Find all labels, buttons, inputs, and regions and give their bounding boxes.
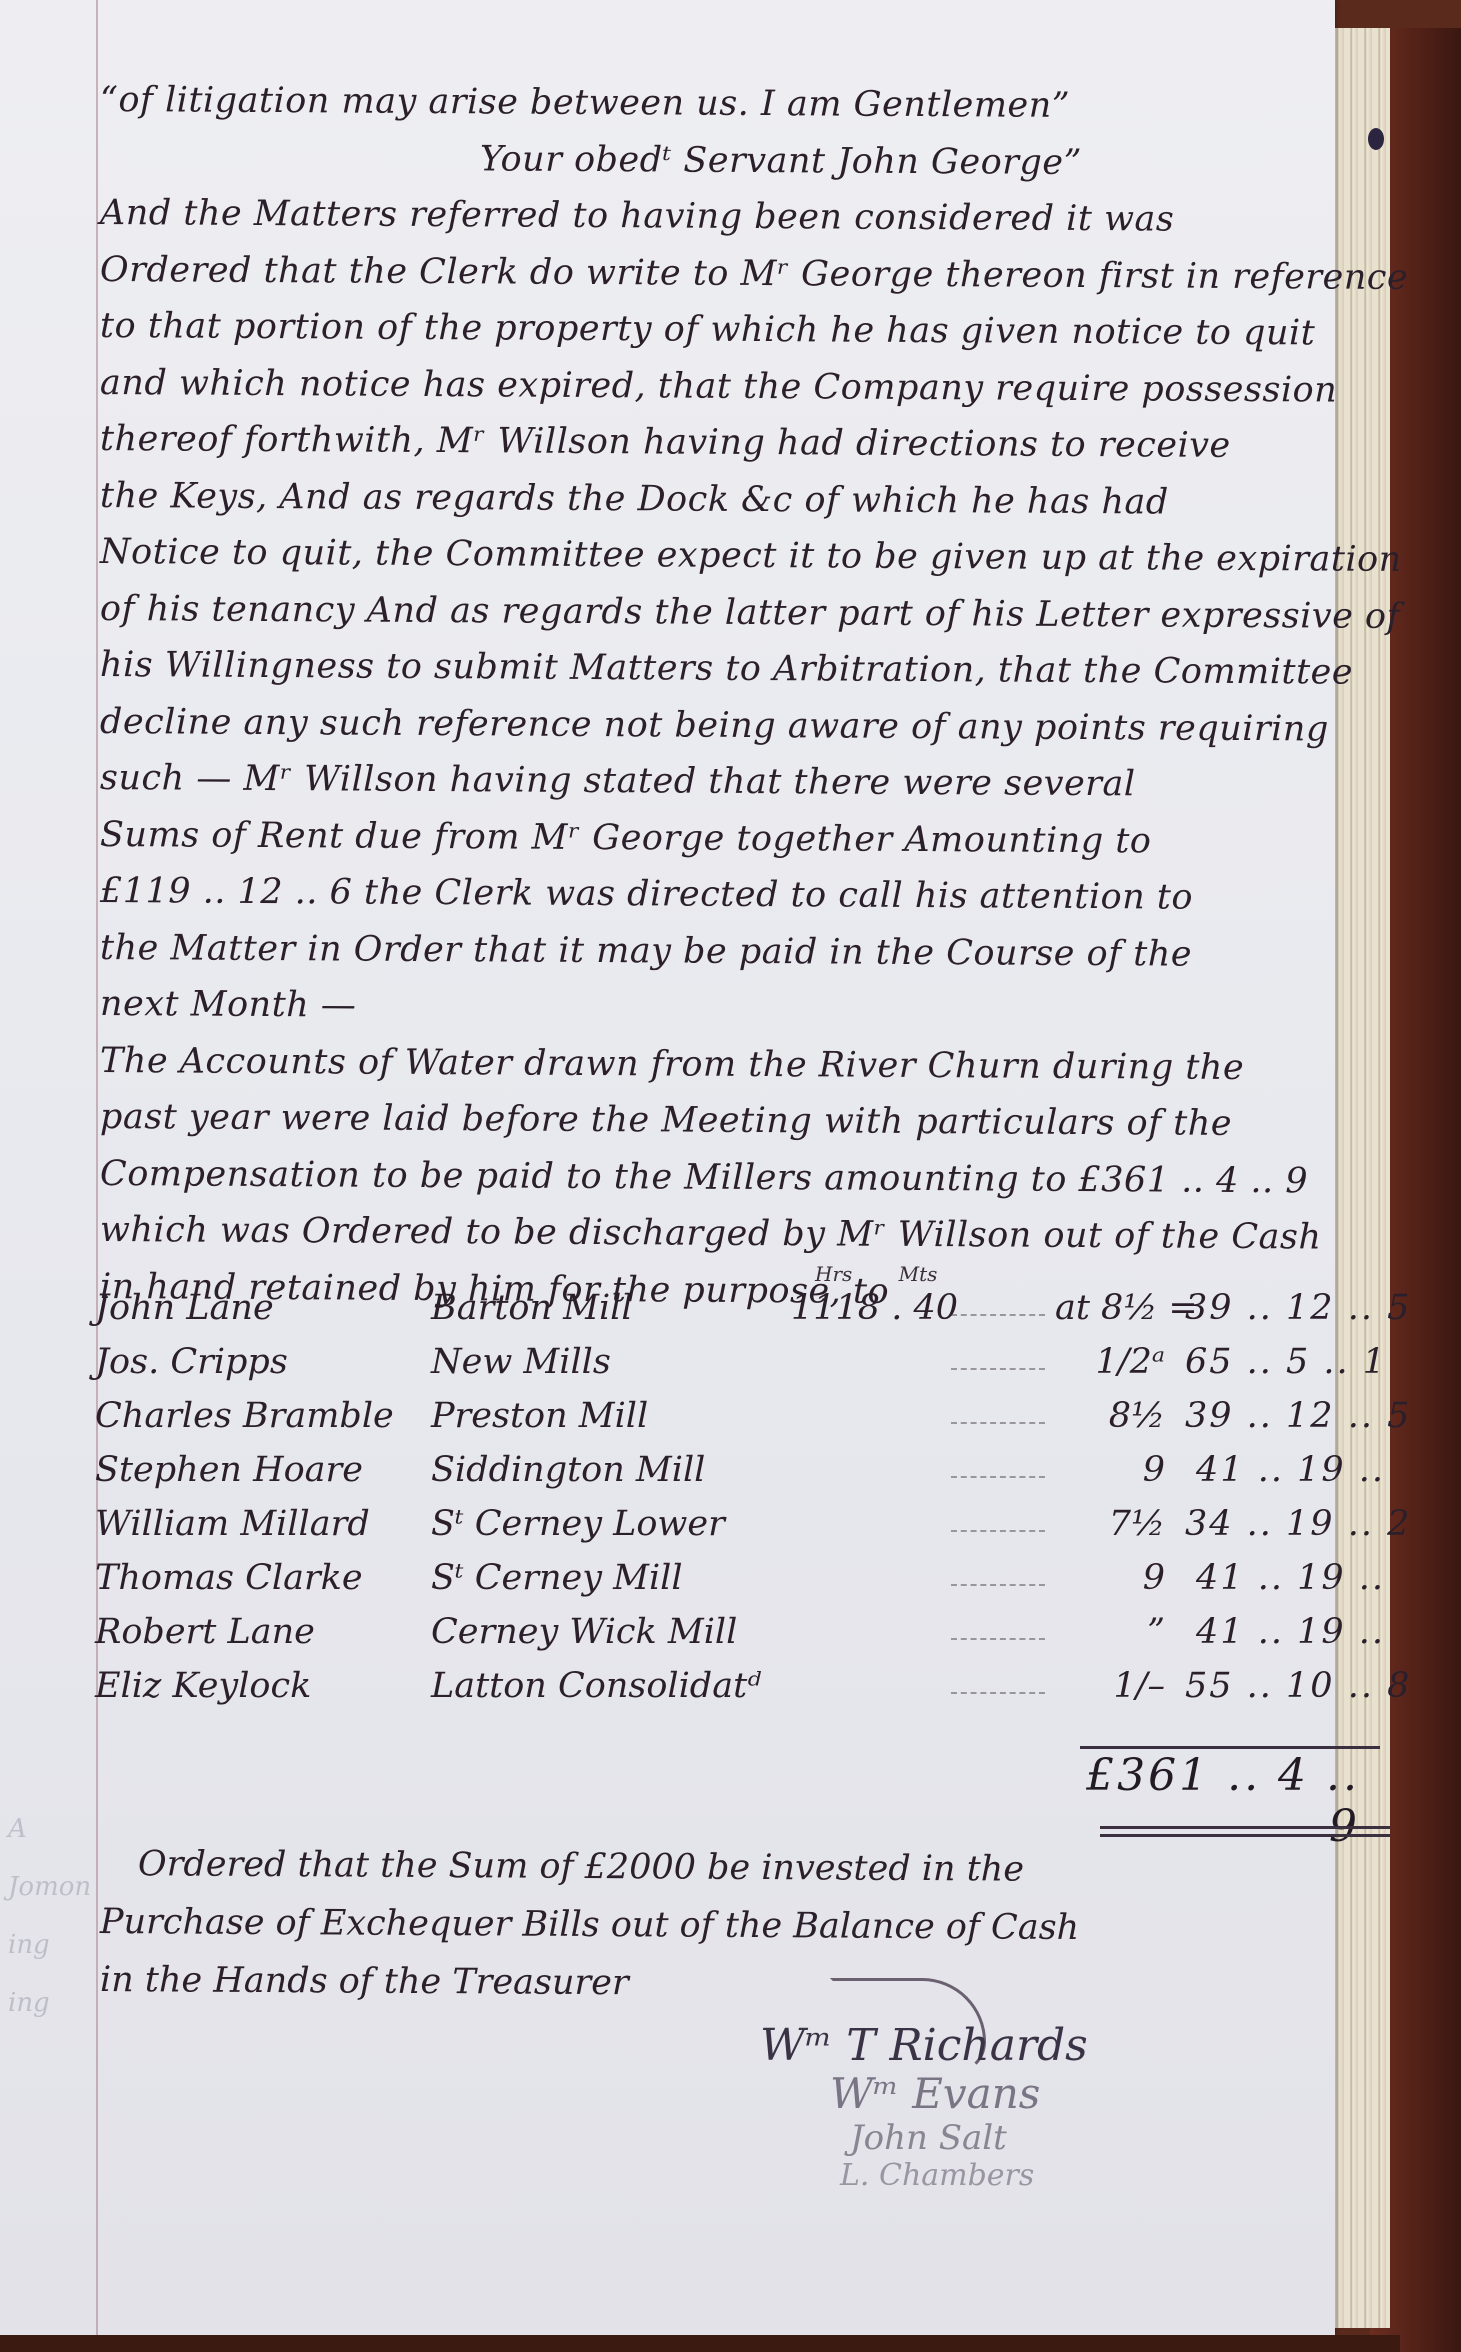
table-row: Jos. Cripps New Mills 1/2ᵃ 65 .. 5 .. 1 [95, 1342, 1385, 1396]
margin-note: ing [8, 1974, 88, 2032]
miller-name: Thomas Clarke [95, 1558, 431, 1598]
amount-value: 41 .. 19 .. [1185, 1612, 1385, 1652]
rate-value: 1/2ᵃ [1055, 1342, 1185, 1382]
miller-name: Jos. Cripps [95, 1342, 431, 1382]
table-row: Thomas Clarke Sᵗ Cerney Mill 9 41 .. 19 … [95, 1558, 1385, 1612]
column-head-hours: Hrs [815, 1262, 852, 1286]
signature: Wᵐ Evans [740, 2069, 1240, 2118]
table-row: Charles Bramble Preston Mill 8½ 39 .. 12… [95, 1396, 1385, 1450]
text-line: Ordered that the Sum of £2000 be investe… [100, 1835, 1340, 1901]
mill-name: New Mills [431, 1342, 791, 1382]
table-row: Robert Lane Cerney Wick Mill ” 41 .. 19 … [95, 1612, 1385, 1666]
margin-note: Jomon [8, 1858, 88, 1916]
text-line: such — Mʳ Willson having stated that the… [100, 750, 1340, 814]
dotted-leader [951, 1530, 1045, 1532]
table-row: William Millard Sᵗ Cerney Lower 7½ 34 ..… [95, 1504, 1385, 1558]
amount-value: 41 .. 19 .. [1185, 1450, 1385, 1490]
amount-value: 34 .. 19 .. 2 [1185, 1504, 1385, 1544]
text-line: the Keys, And as regards the Dock &c of … [100, 468, 1340, 532]
dotted-leader [951, 1314, 1045, 1316]
signatures-block: Wᵐ T Richards Wᵐ Evans John Salt L. Cham… [740, 2020, 1240, 2193]
miller-name: Robert Lane [95, 1612, 431, 1652]
text-line: the Matter in Order that it may be paid … [100, 920, 1340, 984]
ledger-page: A Jomon ing ing “of litigation may arise… [0, 0, 1335, 2335]
margin-note: ing [8, 1916, 88, 1974]
text-line: and which notice has expired, that the C… [100, 355, 1340, 419]
total-double-rule [1100, 1826, 1390, 1829]
text-line: And the Matters referred to having been … [100, 185, 1340, 249]
text-line: £119 .. 12 .. 6 the Clerk was directed t… [100, 863, 1340, 927]
text-line: Notice to quit, the Committee expect it … [100, 524, 1340, 588]
minutes-body: “of litigation may arise between us. I a… [100, 72, 1340, 1315]
text-line: Purchase of Exchequer Bills out of the B… [100, 1893, 1340, 1959]
amount-value: 39 .. 12 .. 5 [1185, 1288, 1385, 1328]
rate-value: 1/– [1055, 1666, 1185, 1706]
text-line: in the Hands of the Treasurer [100, 1951, 1340, 2017]
rate-value: 9 [1055, 1450, 1185, 1490]
text-line: his Willingness to submit Matters to Arb… [100, 637, 1340, 701]
dotted-leader [951, 1476, 1045, 1478]
text-line: Compensation to be paid to the Millers a… [100, 1146, 1340, 1210]
resolution-exchequer-bills: Ordered that the Sum of £2000 be investe… [100, 1835, 1340, 2009]
mill-name: Cerney Wick Mill [431, 1612, 791, 1652]
text-line: to that portion of the property of which… [100, 298, 1340, 362]
text-line: “of litigation may arise between us. I a… [100, 72, 1340, 136]
rate-value: 7½ [1055, 1504, 1185, 1544]
signature: Wᵐ T Richards [740, 2020, 1240, 2071]
amount-value: 55 .. 10 .. 8 [1185, 1666, 1385, 1706]
text-line: Sums of Rent due from Mʳ George together… [100, 807, 1340, 871]
dotted-leader [951, 1692, 1045, 1694]
text-line: Ordered that the Clerk do write to Mʳ Ge… [100, 242, 1340, 306]
amount-value: 39 .. 12 .. 5 [1185, 1396, 1385, 1436]
margin-note: A [8, 1800, 88, 1858]
table-row: John Lane Barton Mill 1118 . 40 at 8½ = … [95, 1288, 1385, 1342]
miller-name: Charles Bramble [95, 1396, 431, 1436]
mill-name: Latton Consolidatᵈ [431, 1666, 791, 1706]
rate-value: ” [1055, 1612, 1185, 1652]
mill-name: Preston Mill [431, 1396, 791, 1436]
hours-value: 1118 . 40 [791, 1288, 941, 1328]
millers-compensation-table: Hrs Mts John Lane Barton Mill 1118 . 40 … [95, 1288, 1385, 1720]
text-line: next Month — [100, 976, 1340, 1040]
book-cover-bottom [0, 2335, 1400, 2352]
miller-name: Stephen Hoare [95, 1450, 431, 1490]
text-line: past year were laid before the Meeting w… [100, 1089, 1340, 1153]
text-line: of his tenancy And as regards the latter… [100, 581, 1340, 645]
sum-rule [1080, 1746, 1380, 1749]
rate-value: 8½ [1055, 1396, 1185, 1436]
letter-signoff: Your obedᵗ Servant John George” [100, 129, 1340, 193]
mill-name: Barton Mill [431, 1288, 791, 1328]
miller-name: Eliz Keylock [95, 1666, 431, 1706]
amount-value: 65 .. 5 .. 1 [1185, 1342, 1385, 1382]
table-row: Eliz Keylock Latton Consolidatᵈ 1/– 55 .… [95, 1666, 1385, 1720]
dotted-leader [951, 1638, 1045, 1640]
dotted-leader [951, 1584, 1045, 1586]
miller-name: William Millard [95, 1504, 431, 1544]
column-heads: Hrs Mts [815, 1262, 977, 1286]
ink-blot [1368, 128, 1384, 150]
mill-name: Sᵗ Cerney Lower [431, 1504, 791, 1544]
mill-name: Siddington Mill [431, 1450, 791, 1490]
dotted-leader [951, 1368, 1045, 1370]
bleed-through-margin-notes: A Jomon ing ing [8, 1800, 88, 2032]
dotted-leader [951, 1422, 1045, 1424]
text-line: The Accounts of Water drawn from the Riv… [100, 1033, 1340, 1097]
amount-value: 41 .. 19 .. [1185, 1558, 1385, 1598]
column-head-minutes: Mts [899, 1262, 938, 1286]
signature: L. Chambers [740, 2158, 1240, 2193]
margin-rule [96, 0, 98, 2335]
text-line: which was Ordered to be discharged by Mʳ… [100, 1202, 1340, 1266]
rate-value: 9 [1055, 1558, 1185, 1598]
table-row: Stephen Hoare Siddington Mill 9 41 .. 19… [95, 1450, 1385, 1504]
text-line: thereof forthwith, Mʳ Willson having had… [100, 411, 1340, 475]
miller-name: John Lane [95, 1288, 431, 1328]
text-line: decline any such reference not being awa… [100, 694, 1340, 758]
signature: John Salt [740, 2118, 1240, 2158]
rate-value: at 8½ = [1055, 1288, 1185, 1328]
mill-name: Sᵗ Cerney Mill [431, 1558, 791, 1598]
